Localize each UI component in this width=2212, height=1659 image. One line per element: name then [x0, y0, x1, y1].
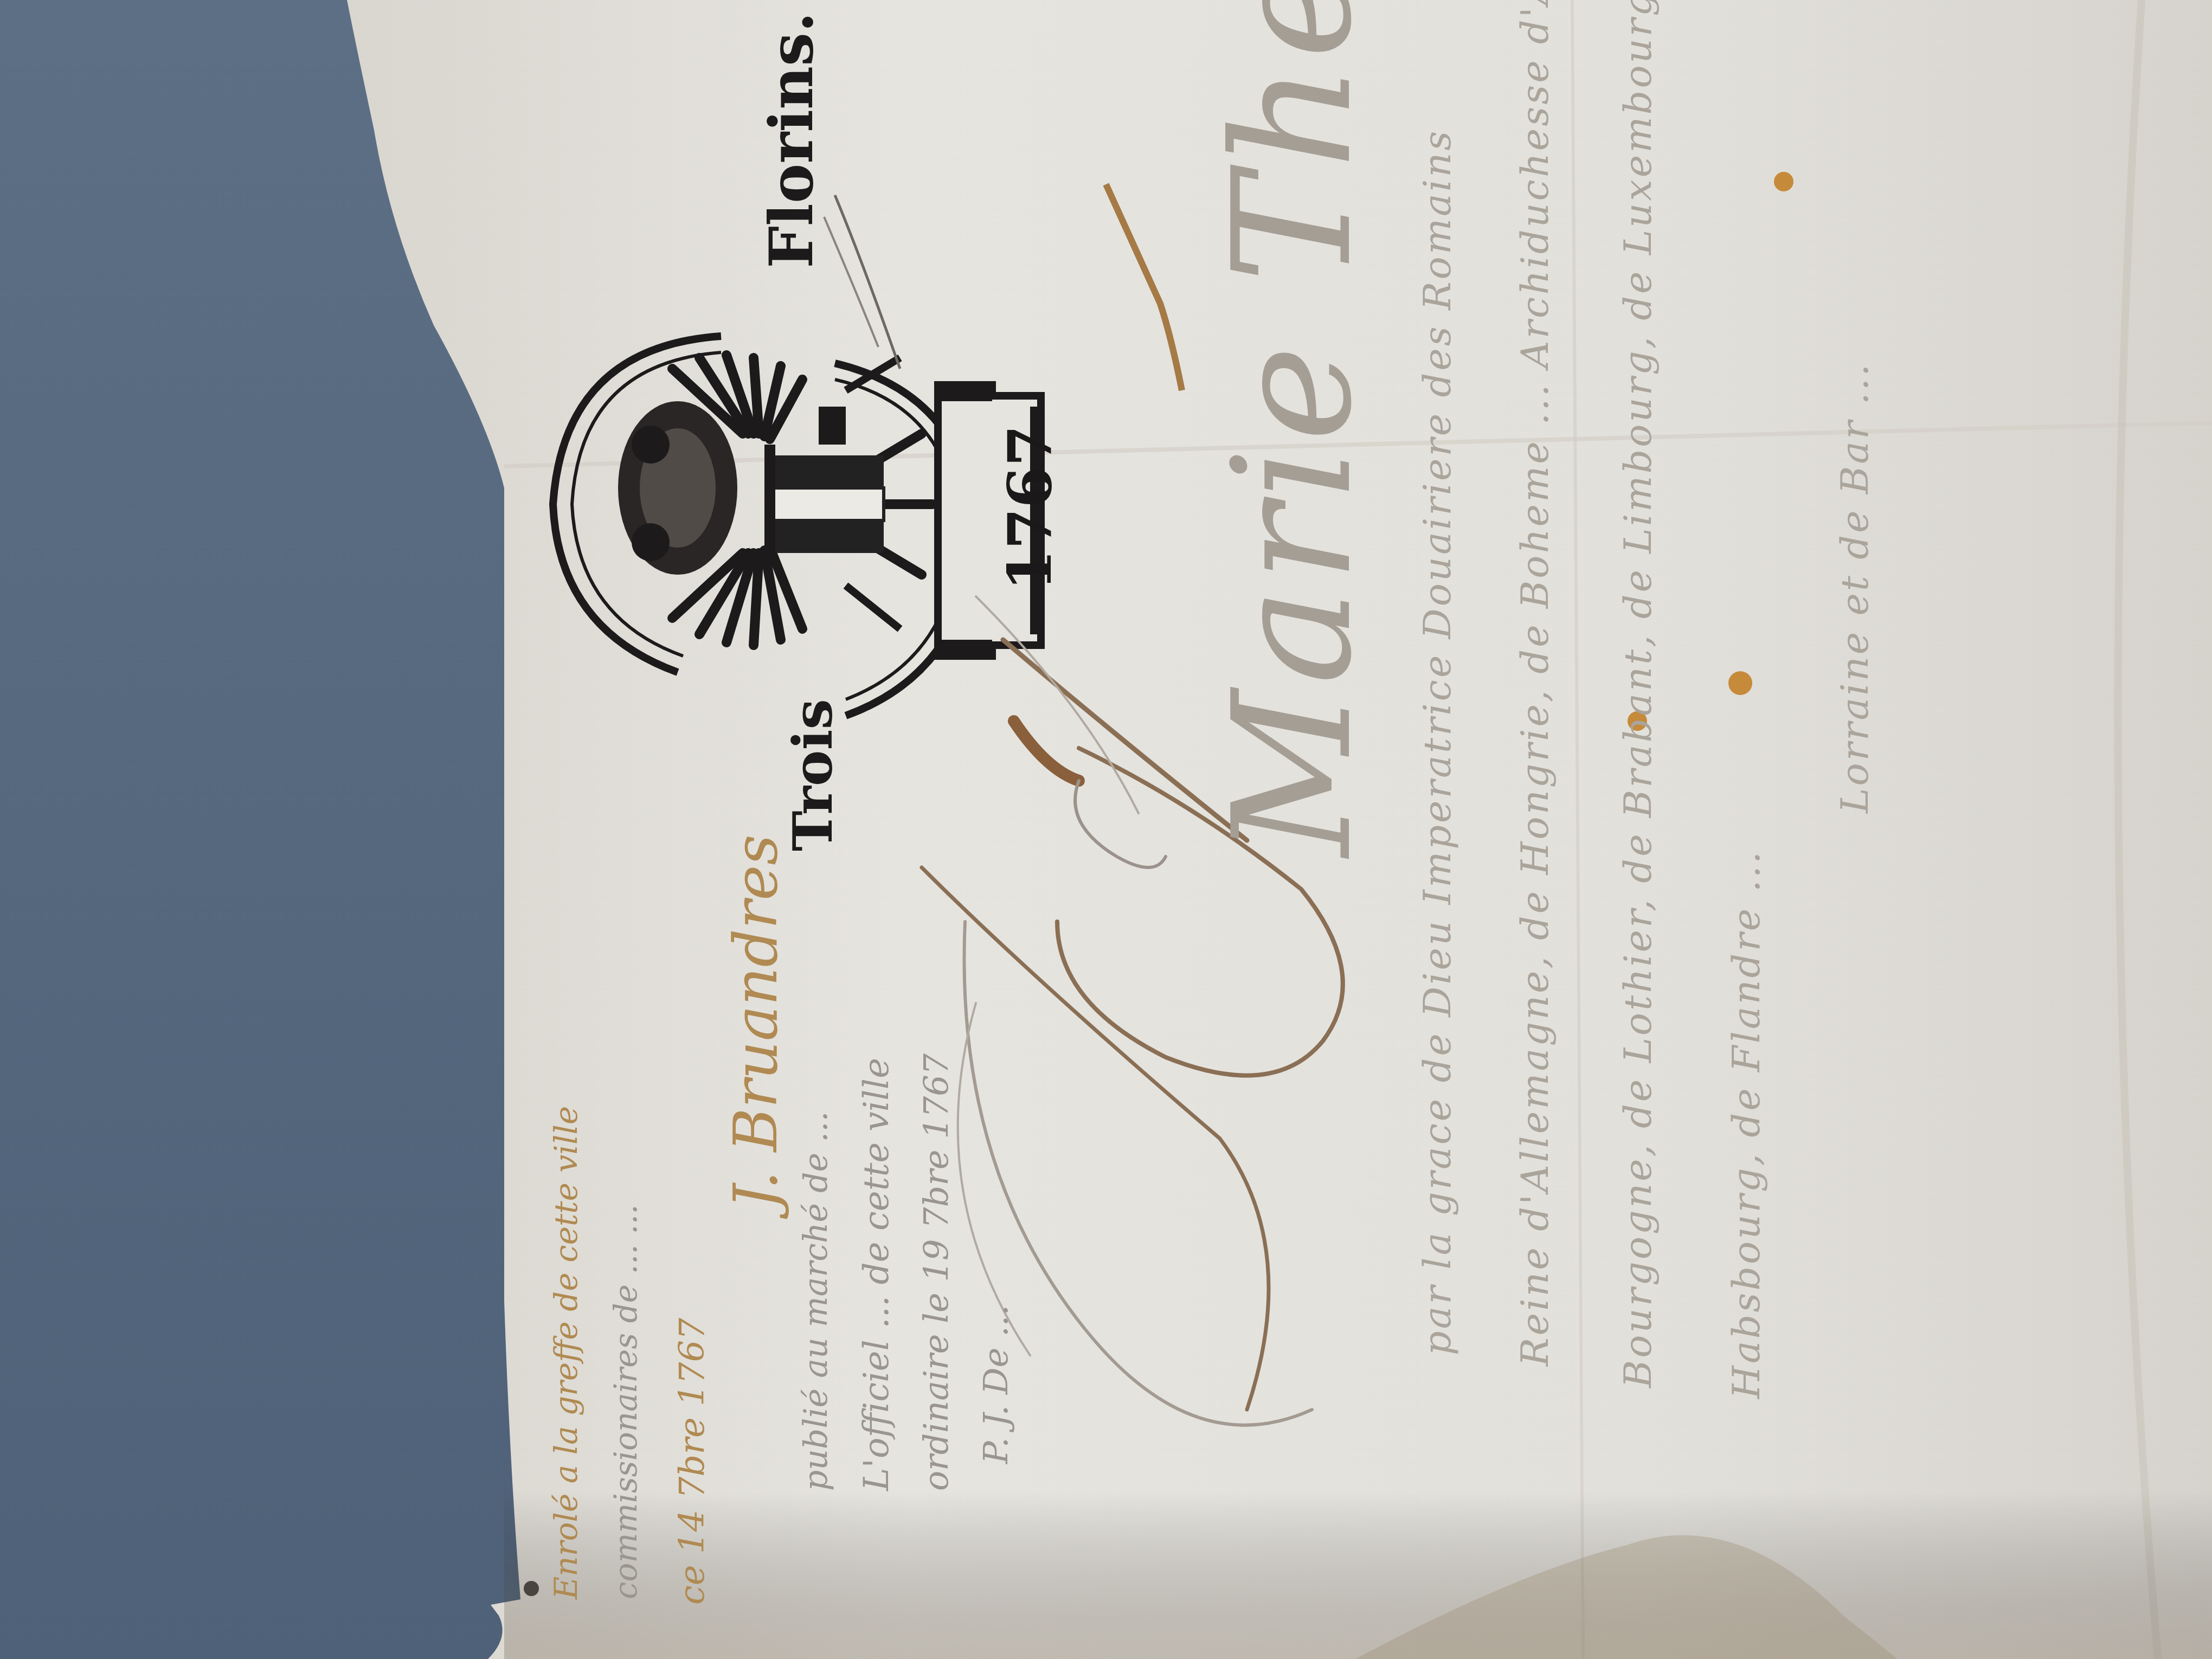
body-line-5: Lorraine et de Bar ... — [1832, 362, 1877, 813]
body-line-3: Bourgogne, de Lothier, de Brabant, de Li… — [1616, 0, 1660, 1388]
annotation-1-signature: J. Bruandres — [721, 834, 790, 1209]
annotation-2-line-2: L'officiel ... de cette ville — [857, 1058, 897, 1491]
annotation-1-line-1: Enrolé a la greffe de cette ville — [548, 1106, 584, 1599]
annotation-2-line-4: P. J. De ... — [976, 1305, 1015, 1464]
annotation-1-line-2: commissionaires de ... ... — [607, 1204, 644, 1599]
heading-script: Marie Therese — [1198, 0, 1387, 857]
stamp-currency-text: Florins. — [756, 12, 826, 268]
body-line-1: par la grace de Dieu Imperatrice Douairi… — [1415, 129, 1459, 1355]
stamp-year: 1767 — [995, 425, 1065, 591]
annotation-1-line-3: ce 14 7bre 1767 — [672, 1318, 712, 1605]
paper-shape — [0, 0, 2212, 1659]
stamp-denomination-text: Trois — [781, 699, 845, 851]
annotation-2-line-3: ordinaire le 19 7bre 1767 — [916, 1053, 956, 1491]
annotation-2-line-1: publié au marché de ... — [797, 1111, 835, 1491]
document-sheet: Florins. Trois 1767 Enrolé a la greffe d… — [0, 0, 2212, 1659]
body-line-4: Habsbourg, de Flandre ... — [1724, 850, 1769, 1399]
body-line-2: Reine d'Allemagne, de Hongrie, de Boheme… — [1513, 0, 1557, 1366]
